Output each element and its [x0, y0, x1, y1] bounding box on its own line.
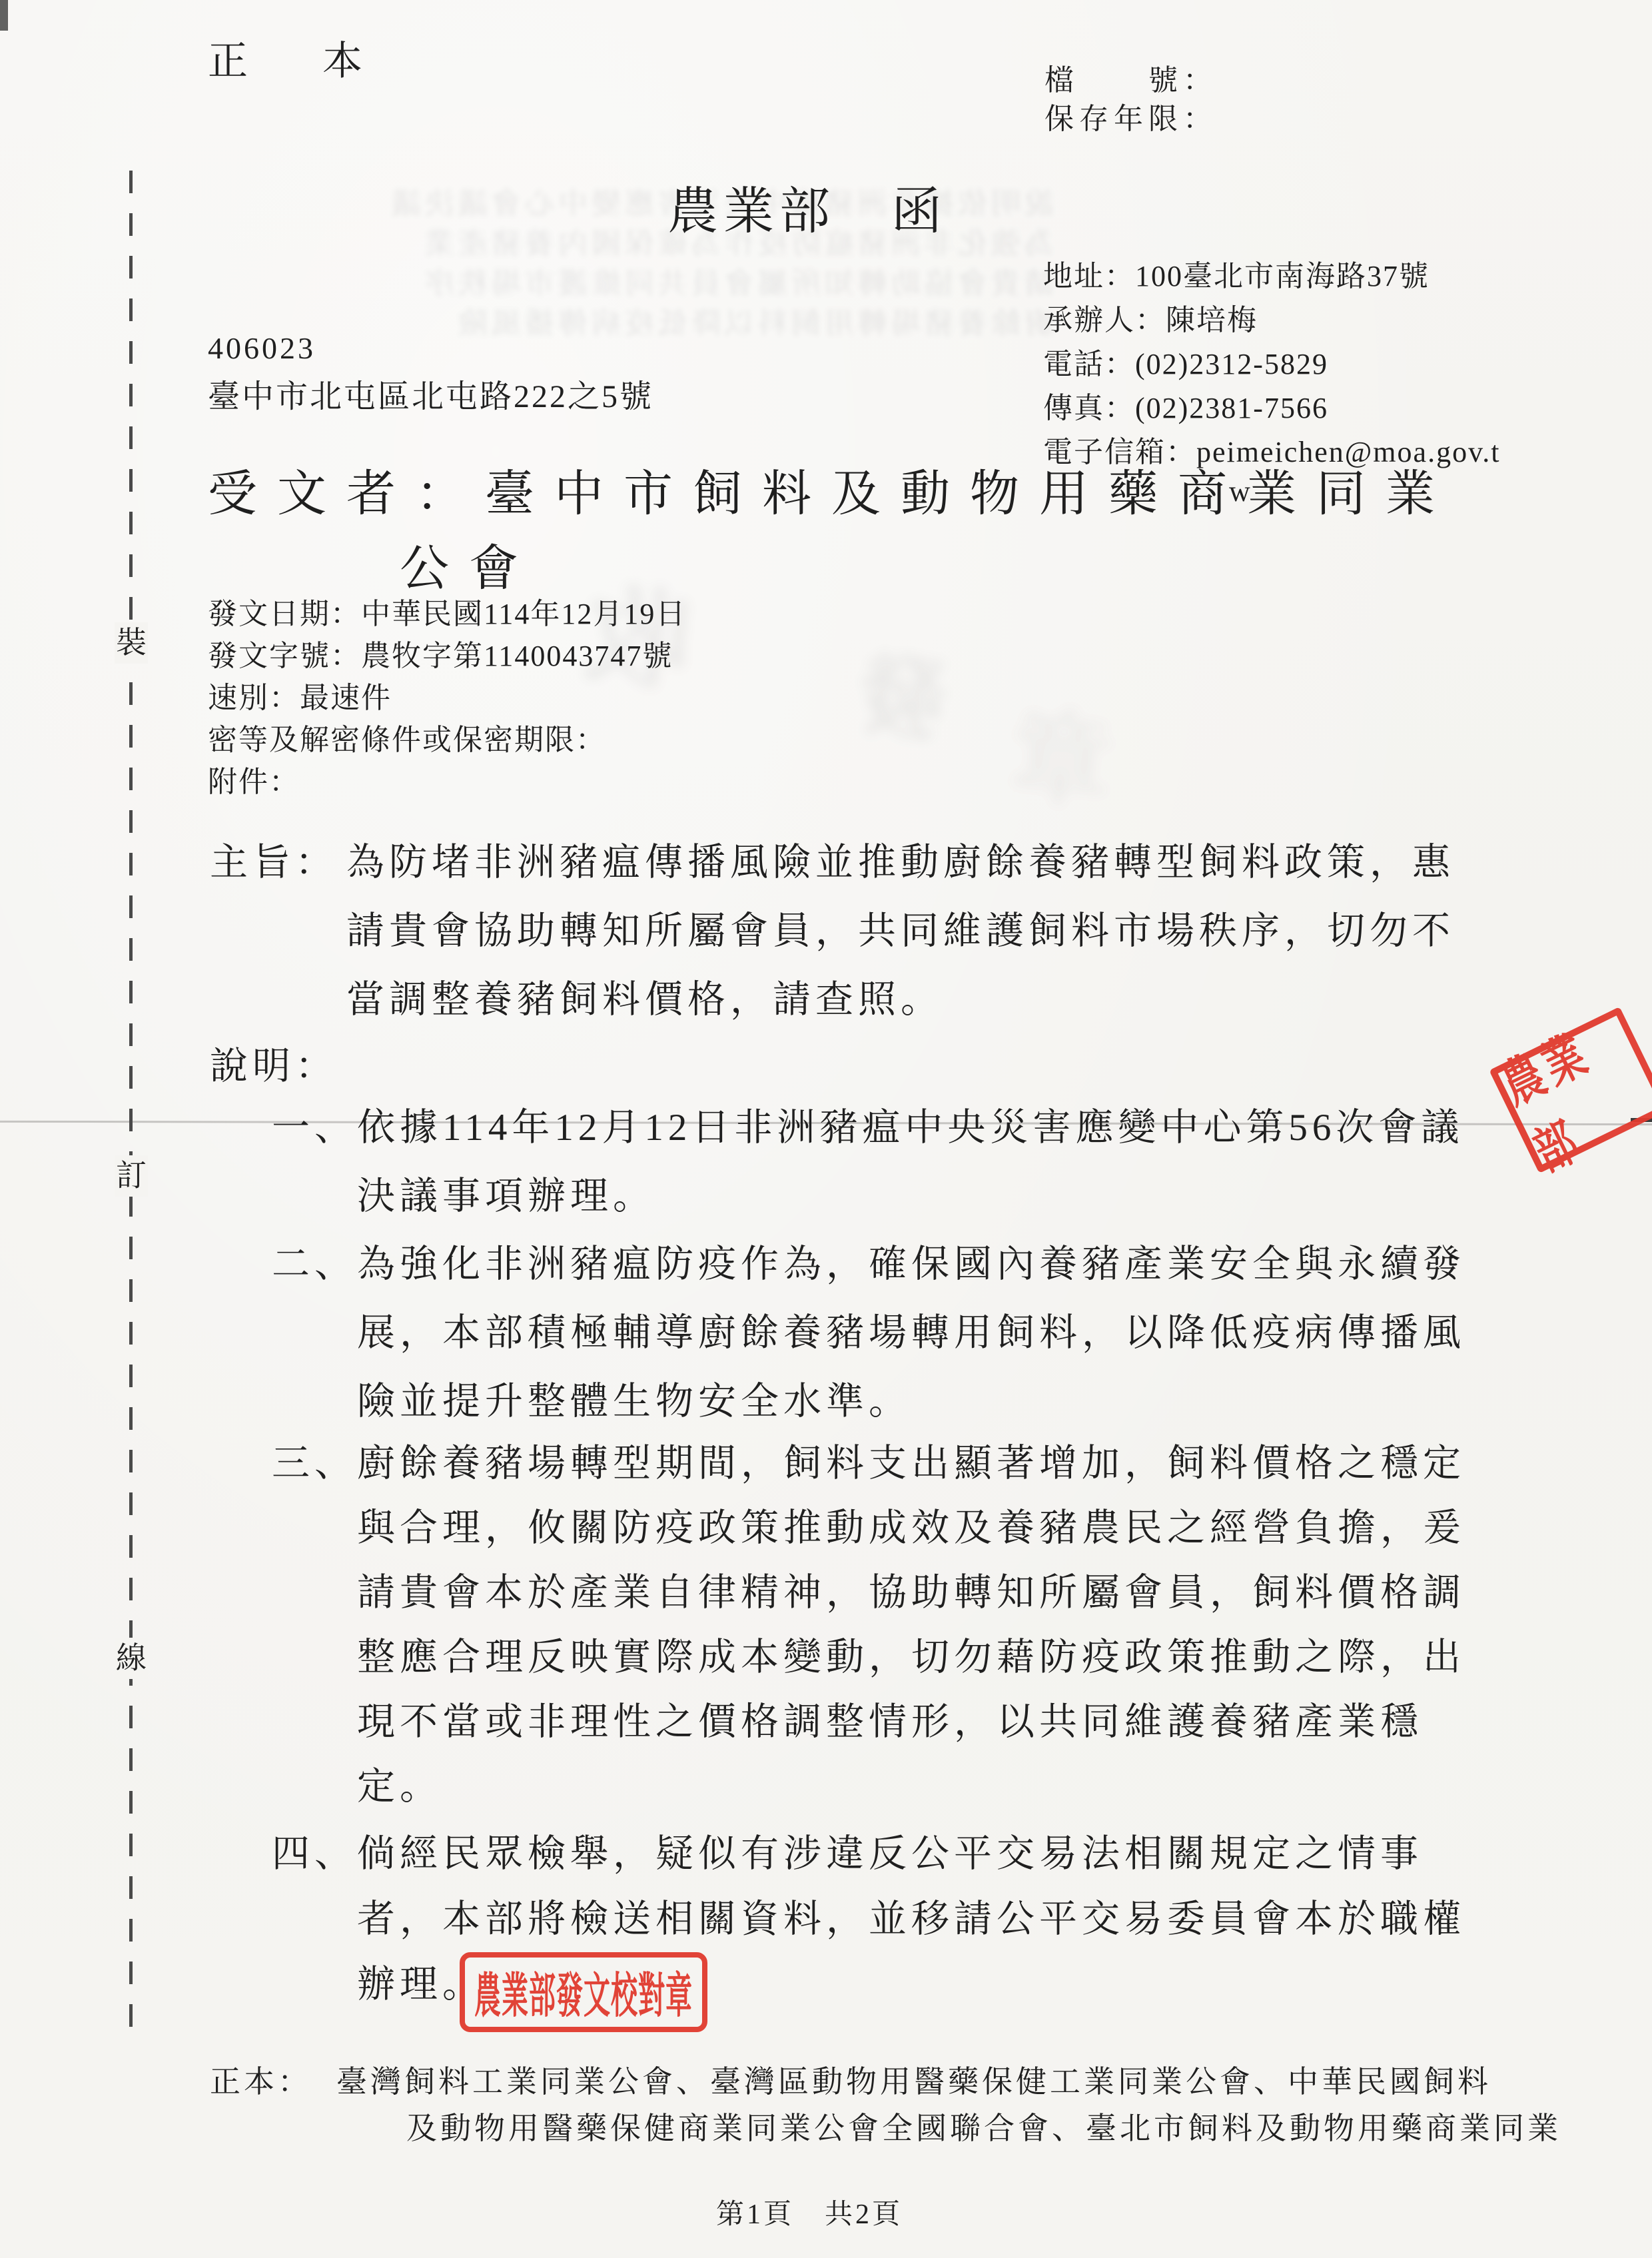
text-line: 倘經民眾檢舉，疑似有涉違反公平交易法相關規定之情事 — [357, 1822, 1465, 1887]
text-line: 整應合理反映實際成本變動，切勿藉防疫政策推動之際，出 — [357, 1625, 1465, 1690]
text-line: 請貴會協助轉知所屬會員共同維護市場秩序 — [214, 264, 1054, 304]
text-line: 發文字號：農牧字第1140043747號 — [208, 635, 686, 677]
text-line: 速別：最速件 — [208, 677, 686, 719]
file-number-label: 檔 號： — [1044, 61, 1218, 100]
document-title: 農業部 函 — [667, 171, 947, 243]
text-line: 者，本部將檢送相關資料，並移請公平交易委員會本於職權 — [357, 1887, 1465, 1952]
text-line: 地址：100臺北市南海路37號 — [1043, 255, 1500, 298]
text-line: 現不當或非理性之價格調整情形，以共同維護養豬產業穩 — [357, 1690, 1465, 1754]
text-line: 附件： — [208, 761, 686, 803]
text-line: 請貴會協助轉知所屬會員，共同維護飼料市場秩序，切勿不 — [346, 897, 1455, 965]
text-line: 廚餘養豬場轉型期間，飼料支出顯著增加，飼料價格之穩定 — [357, 1431, 1465, 1496]
dispatch-review-seal-stamp: 農業部發文校對章 — [460, 1952, 707, 2032]
text-line: 險並提升整體生物安全水準。 — [357, 1367, 1465, 1436]
explanation-item-2: 二、 為強化非洲豬瘟防疫作為，確保國內養豬產業安全與永續發展，本部積極輔導廚餘養… — [272, 1230, 1465, 1436]
binding-mark-zhuang: 裝 — [115, 622, 148, 664]
item-1-text: 依據114年12月12日非洲豬瘟中央災害應變中心第56次會議決議事項辦理。 — [357, 1093, 1463, 1231]
sender-contact-block: 地址：100臺北市南海路37號承辦人：陳培梅電話：(02)2312-5829傳真… — [1043, 255, 1500, 474]
item-3-text: 廚餘養豬場轉型期間，飼料支出顯著增加，飼料價格之穩定與合理，攸關防疫政策推動成效… — [357, 1431, 1465, 1819]
binding-mark-ding: 訂 — [115, 1155, 148, 1197]
recipient-zip: 406023 — [208, 330, 316, 366]
explanation-item-4: 四、 倘經民眾檢舉，疑似有涉違反公平交易法相關規定之情事者，本部將檢送相關資料，… — [272, 1822, 1465, 2017]
text-line: 傳真：(02)2381-7566 — [1043, 386, 1500, 430]
recipient-name-block: 受文者：臺中市飼料及動物用藥商業同業 公會 — [208, 457, 1455, 606]
recipient-address: 臺中市北屯區北屯路222之5號 — [208, 370, 653, 416]
page-number-footer: 第1頁 共2頁 — [0, 2192, 1619, 2232]
review-seal-text: 農業部發文校對章 — [474, 1958, 693, 2027]
copies-label: 正本： — [210, 2059, 336, 2105]
scan-corner-mark — [0, 0, 8, 31]
item-3-number: 三、 — [272, 1431, 357, 1496]
copies-line-1: 臺灣飼料工業同業公會、臺灣區動物用醫藥保健工業同業公會、中華民國飼料 — [336, 2059, 1491, 2105]
scanned-official-letter: 說明依據非洲豬瘟中央災害應變中心會議決議為強化非洲豬瘟防疫作為確保國內養豬產業請… — [0, 0, 1652, 2258]
subject-label: 主旨： — [210, 828, 338, 897]
text-line: 為防堵非洲豬瘟傳播風險並推動廚餘養豬轉型飼料政策，惠 — [346, 828, 1455, 897]
ministry-corner-seal-stamp: 農業部 — [1489, 1007, 1652, 1173]
text-line: 當調整養豬飼料價格，請查照。 — [346, 965, 1455, 1034]
recipient-line-1: 受文者：臺中市飼料及動物用藥商業同業 — [208, 457, 1455, 532]
retention-period-label: 保存年限： — [1044, 100, 1218, 139]
item-1-number: 一、 — [272, 1093, 357, 1162]
text-line: 電話：(02)2312-5829 — [1043, 342, 1500, 386]
item-2-text: 為強化非洲豬瘟防疫作為，確保國內養豬產業安全與永續發展，本部積極輔導廚餘養豬場轉… — [357, 1230, 1465, 1436]
text-line: 廚餘養豬場轉用飼料以降低疫病傳播風險 — [214, 304, 1054, 344]
copies-line-2: 及動物用醫藥保健商業同業公會全國聯合會、臺北市飼料及動物用藥商業同業 — [406, 2105, 1561, 2152]
text-line: 展，本部積極輔導廚餘養豬場轉用飼料，以降低疫病傳播風 — [357, 1299, 1465, 1367]
copy-type-label: 正 本 — [208, 29, 380, 87]
document-meta-block: 發文日期：中華民國114年12月19日發文字號：農牧字第1140043747號速… — [208, 593, 686, 803]
text-line: 承辦人：陳培梅 — [1043, 298, 1500, 342]
item-2-number: 二、 — [272, 1230, 357, 1299]
explanation-item-3: 三、 廚餘養豬場轉型期間，飼料支出顯著增加，飼料價格之穩定與合理，攸關防疫政策推… — [272, 1431, 1465, 1819]
bleed-through-blob: 發 — [853, 622, 956, 760]
binding-mark-xian: 線 — [115, 1638, 148, 1679]
subject-text: 為防堵非洲豬瘟傳播風險並推動廚餘養豬轉型飼料政策，惠請貴會協助轉知所屬會員，共同… — [346, 828, 1455, 1034]
bleed-through-blob: 章 — [1005, 675, 1120, 828]
text-line: 決議事項辦理。 — [357, 1162, 1463, 1231]
corner-seal-text: 農業部 — [1487, 994, 1652, 1186]
item-4-number: 四、 — [272, 1822, 357, 1887]
explanation-label: 說明： — [210, 1035, 338, 1090]
text-line: 密等及解密條件或保密期限： — [208, 719, 686, 761]
text-line: 請貴會本於產業自律精神，協助轉知所屬會員，飼料價格調 — [357, 1560, 1465, 1625]
copies-block: 正本： 臺灣飼料工業同業公會、臺灣區動物用醫藥保健工業同業公會、中華民國飼料 及… — [210, 2059, 1561, 2152]
text-line: 為強化非洲豬瘟防疫作為，確保國內養豬產業安全與永續發 — [357, 1230, 1465, 1299]
text-line: 發文日期：中華民國114年12月19日 — [208, 593, 686, 635]
file-number-block: 檔 號： 保存年限： — [1044, 61, 1218, 139]
text-line: 依據114年12月12日非洲豬瘟中央災害應變中心第56次會議 — [357, 1093, 1463, 1162]
text-line: 與合理，攸關防疫政策推動成效及養豬農民之經營負擔，爰 — [357, 1496, 1465, 1560]
binding-dashed-line — [129, 171, 133, 2029]
subject-paragraph: 主旨： 為防堵非洲豬瘟傳播風險並推動廚餘養豬轉型飼料政策，惠請貴會協助轉知所屬會… — [210, 828, 1455, 1034]
text-line: 定。 — [357, 1754, 1465, 1819]
explanation-item-1: 一、 依據114年12月12日非洲豬瘟中央災害應變中心第56次會議決議事項辦理。 — [272, 1093, 1463, 1231]
